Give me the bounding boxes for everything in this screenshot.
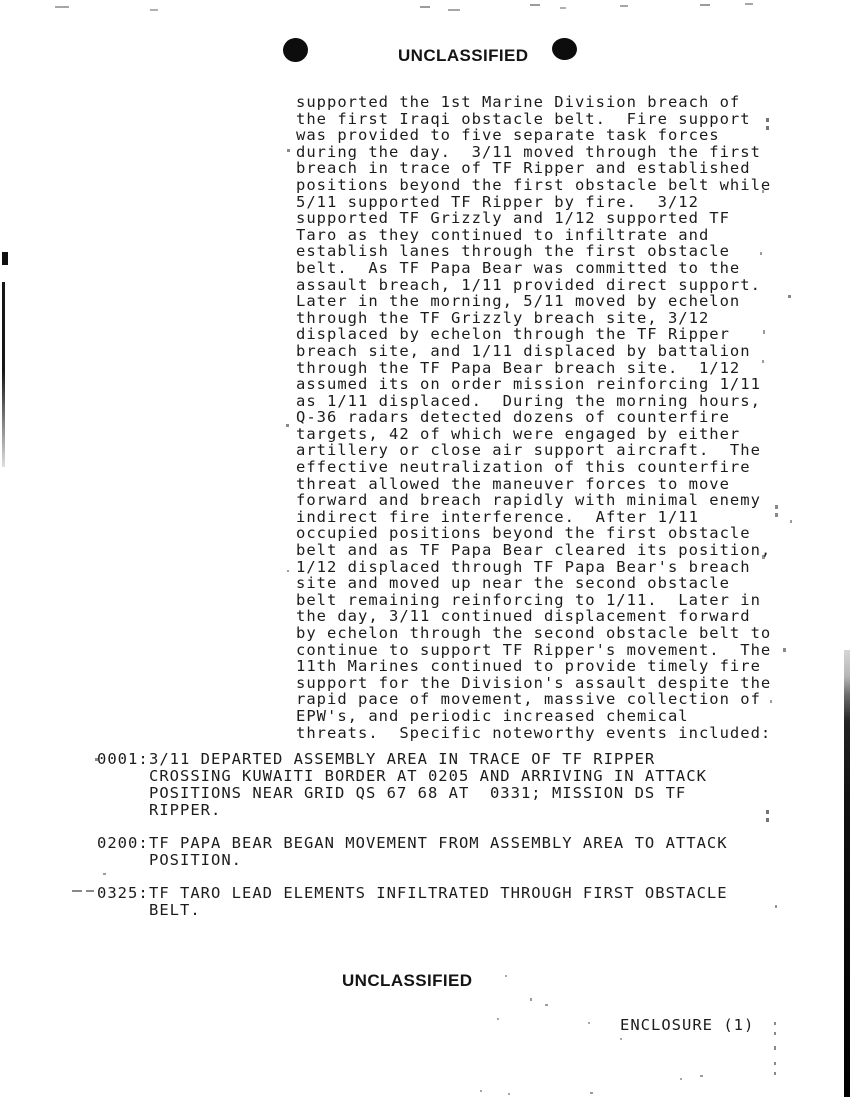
scan-speck xyxy=(790,520,792,523)
scan-speck xyxy=(448,9,460,11)
ink-blot-right xyxy=(551,37,578,61)
margin-line-artifact xyxy=(2,282,5,467)
footer-classification: UNCLASSIFIED xyxy=(342,971,472,991)
scan-speck xyxy=(480,1090,482,1092)
scan-speck xyxy=(420,6,430,8)
scan-speck xyxy=(588,1022,590,1024)
scan-speck xyxy=(620,1038,622,1040)
ink-blot-left xyxy=(281,36,309,63)
scan-speck xyxy=(770,700,772,703)
scan-speck xyxy=(545,1004,548,1006)
scan-speck xyxy=(760,252,762,255)
scan-speck xyxy=(700,4,710,6)
scan-speck xyxy=(783,648,786,652)
scan-speck xyxy=(766,810,769,814)
scan-speck xyxy=(774,1062,776,1065)
scan-speck xyxy=(287,570,289,572)
scan-speck xyxy=(680,1078,682,1080)
timeline-entry-0001: 0001: 3/11 DEPARTED ASSEMBLY AREA IN TRA… xyxy=(97,751,707,819)
scan-speck xyxy=(775,505,778,509)
scan-speck xyxy=(774,1022,776,1025)
scan-speck xyxy=(766,126,769,130)
scan-speck xyxy=(762,555,765,559)
document-page: UNCLASSIFIED supported the 1st Marine Di… xyxy=(0,0,850,1097)
scan-speck xyxy=(286,424,289,427)
scan-speck xyxy=(763,330,765,334)
scan-speck xyxy=(700,1075,703,1077)
scan-speck xyxy=(103,873,106,875)
enclosure-label: ENCLOSURE (1) xyxy=(620,1016,754,1034)
scan-speck xyxy=(508,1093,510,1095)
scan-speck xyxy=(95,758,98,761)
header-classification: UNCLASSIFIED xyxy=(398,46,528,66)
scan-speck xyxy=(505,975,507,977)
scan-speck xyxy=(560,7,566,9)
scan-speck xyxy=(530,998,532,1001)
entry-text: TF PAPA BEAR BEGAN MOVEMENT FROM ASSEMBL… xyxy=(149,835,728,869)
entry-text: 3/11 DEPARTED ASSEMBLY AREA IN TRACE OF … xyxy=(149,751,707,819)
scan-speck xyxy=(497,1018,499,1020)
scan-speck xyxy=(72,890,82,892)
scan-speck xyxy=(774,1046,776,1050)
scan-speck xyxy=(530,4,540,6)
entry-time: 0200: xyxy=(97,835,149,869)
entry-time: 0325: xyxy=(97,885,149,919)
scan-speck xyxy=(775,513,778,517)
scan-speck xyxy=(788,295,791,298)
scan-speck xyxy=(774,1072,776,1075)
scan-speck xyxy=(775,905,777,908)
scan-speck xyxy=(762,190,764,193)
entry-text: TF TARO LEAD ELEMENTS INFILTRATED THROUG… xyxy=(149,885,728,919)
scan-speck xyxy=(287,149,290,152)
scan-speck xyxy=(150,9,158,11)
scan-speck xyxy=(55,6,69,8)
scan-speck xyxy=(86,890,94,892)
scan-speck xyxy=(590,1092,593,1094)
scan-edge-bar-artifact xyxy=(844,650,850,1097)
scan-speck xyxy=(766,818,769,822)
body-paragraph: supported the 1st Marine Division breach… xyxy=(296,94,771,741)
margin-tick-artifact xyxy=(2,252,8,265)
scan-speck xyxy=(620,5,628,7)
entry-time: 0001: xyxy=(97,751,149,819)
timeline-entry-0200: 0200: TF PAPA BEAR BEGAN MOVEMENT FROM A… xyxy=(97,835,728,869)
scan-speck xyxy=(766,118,769,122)
scan-speck xyxy=(762,360,764,363)
timeline-entry-0325: 0325: TF TARO LEAD ELEMENTS INFILTRATED … xyxy=(97,885,728,919)
scan-speck xyxy=(774,1032,776,1035)
scan-speck xyxy=(745,3,753,5)
